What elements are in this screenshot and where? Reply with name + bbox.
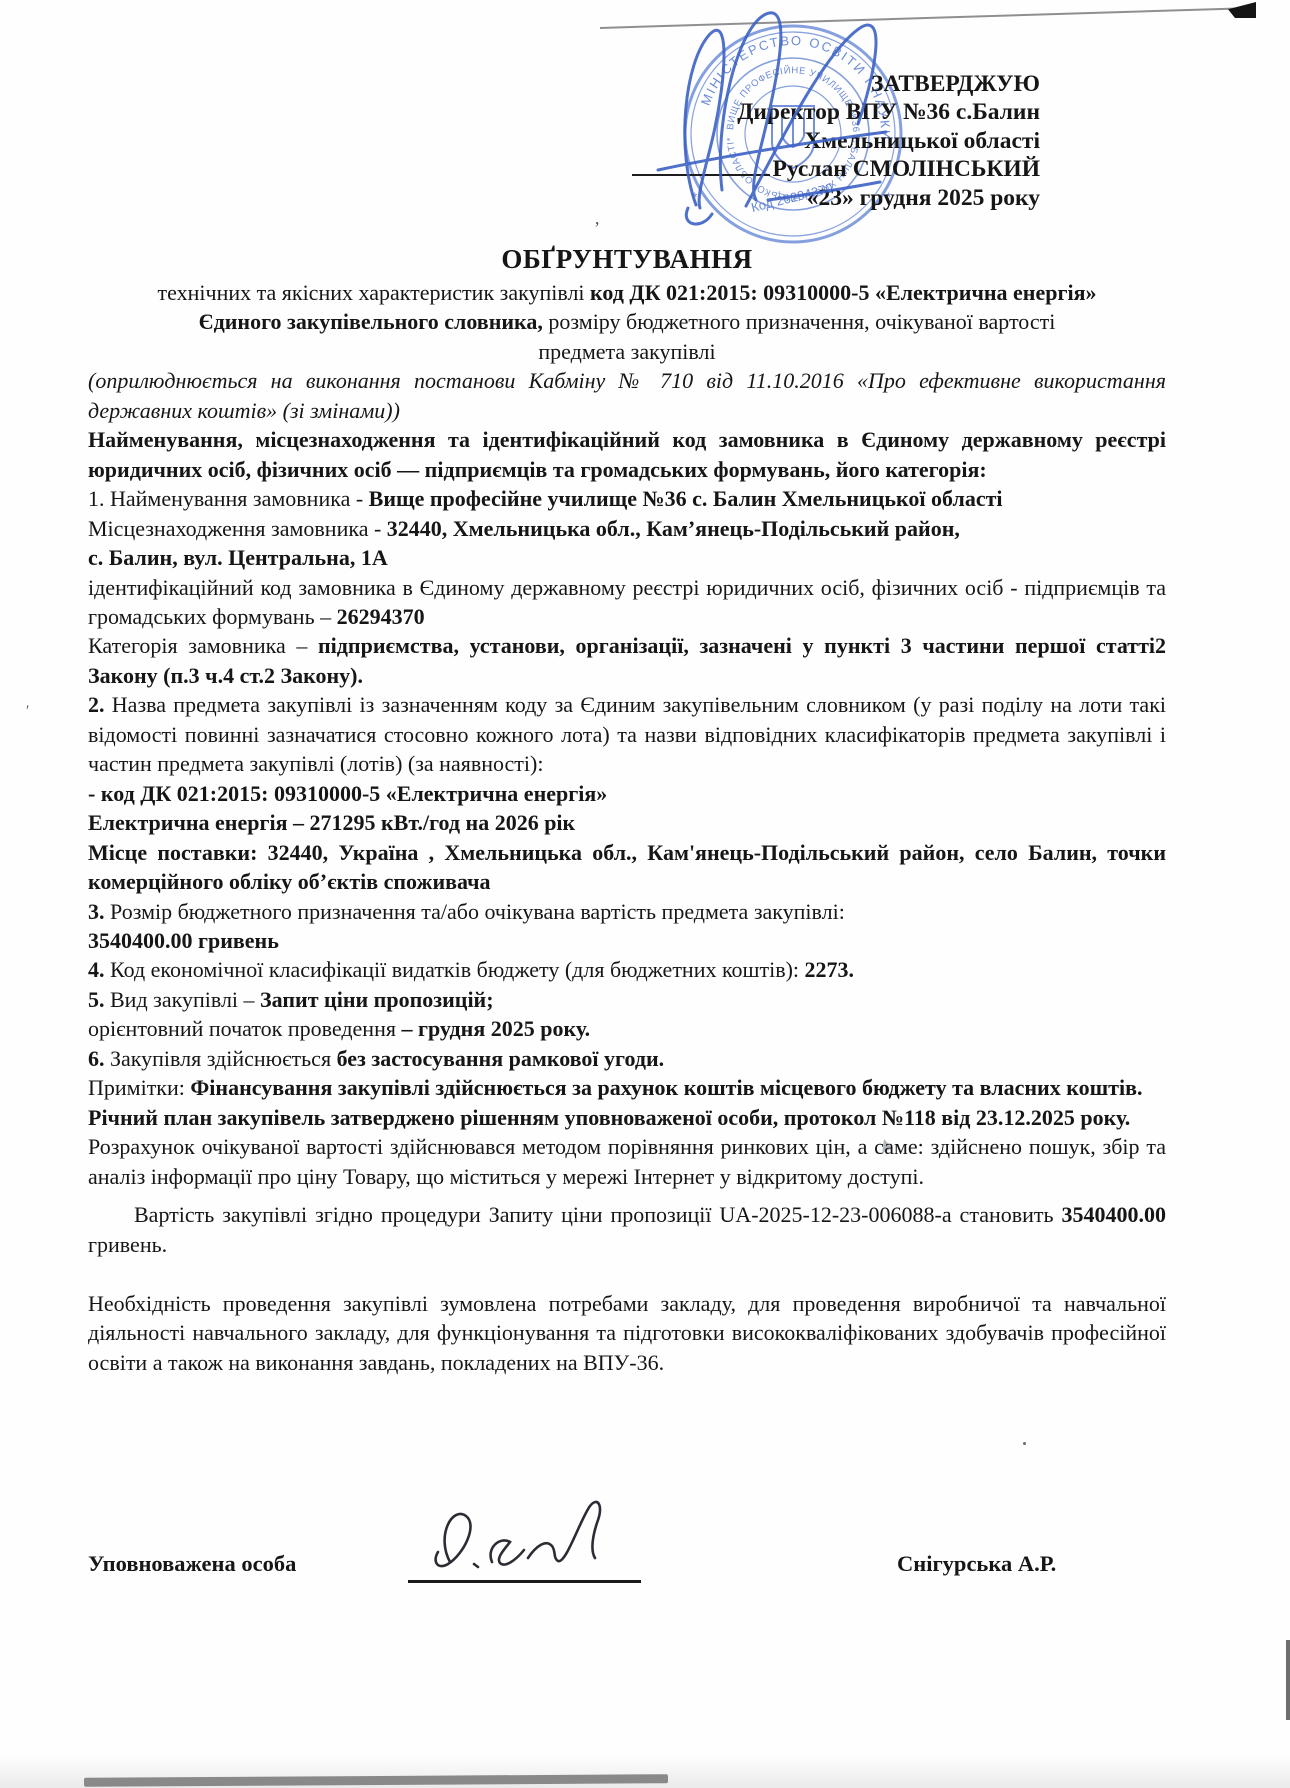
subtitle-line-3: предмета закупівлі xyxy=(88,337,1166,366)
authorized-person-signature-ink xyxy=(412,1492,652,1587)
director-signature-ink xyxy=(618,0,948,240)
scan-speck xyxy=(1023,1442,1026,1445)
scan-speck: ′ xyxy=(26,704,29,719)
signatory-name: Снігурська А.Р. xyxy=(897,1551,1056,1577)
signature-label: Уповноважена особа xyxy=(88,1551,296,1577)
scan-artifact-corner-shadow xyxy=(1228,2,1256,18)
customer-category-line: Категорія замовника – підприємства, уста… xyxy=(88,631,1166,690)
legal-note: (оприлюднюється на виконання постанови К… xyxy=(88,366,1166,425)
delivery-place-line: Місце поставки: 32440, Україна , Хмельни… xyxy=(88,838,1166,897)
subtitle-line-1: технічних та якісних характеристик закуп… xyxy=(88,278,1166,307)
section5-paragraph: 5. Вид закупівлі – Запит ціни пропозицій… xyxy=(88,985,1166,1014)
calculation-paragraph: Розрахунок очікуваної вартості здійснюва… xyxy=(88,1132,1166,1191)
scan-speck: ’ xyxy=(594,219,600,237)
customer-address-line-2: с. Балин, вул. Центральна, 1А xyxy=(88,543,1166,572)
cost-paragraph: Вартість закупівлі згідно процедури Запи… xyxy=(88,1200,1166,1259)
notes-paragraph: Примітки: Фінансування закупівлі здійсню… xyxy=(88,1073,1166,1102)
scanned-document-page: ’ ′ МІНІСТЕРСТВО ОСВІТИ І НАУКИ ВИЩЕ ПРО… xyxy=(0,0,1290,1788)
budget-value-line: 3540400.00 гривень xyxy=(88,926,1166,955)
customer-id-line: ідентифікаційний код замовника в Єдиному… xyxy=(88,573,1166,632)
section4-paragraph: 4. Код економічної класифікації видатків… xyxy=(88,955,1166,984)
scan-artifact-right-edge xyxy=(1286,1640,1290,1720)
dk-code-line: - код ДК 021:2015: 09310000-5 «Електричн… xyxy=(88,779,1166,808)
customer-address-line: Місцезнаходження замовника - 32440, Хмел… xyxy=(88,514,1166,543)
document-title: ОБҐРУНТУВАННЯ xyxy=(88,240,1166,278)
section3-paragraph: 3. Розмір бюджетного призначення та/або … xyxy=(88,897,1166,926)
document-body: ОБҐРУНТУВАННЯ технічних та якісних харак… xyxy=(88,240,1166,1377)
customer-name-line: 1. Найменування замовника - Вище професі… xyxy=(88,484,1166,513)
subtitle-line-2: Єдиного закупівельного словника, розміру… xyxy=(88,307,1166,336)
section1-heading: Найменування, місцезнаходження та іденти… xyxy=(88,425,1166,484)
procurement-start-line: орієнтовний початок проведення – грудня … xyxy=(88,1014,1166,1043)
section6-paragraph: 6. Закупівля здійснюється без застосуван… xyxy=(88,1044,1166,1073)
annual-plan-paragraph: Річний план закупівель затверджено рішен… xyxy=(88,1103,1166,1132)
energy-volume-line: Електрична енергія – 271295 кВт./год на … xyxy=(88,808,1166,837)
necessity-paragraph: Необхідність проведення закупівлі зумовл… xyxy=(88,1289,1166,1377)
section2-paragraph: 2. Назва предмета закупівлі із зазначенн… xyxy=(88,690,1166,778)
